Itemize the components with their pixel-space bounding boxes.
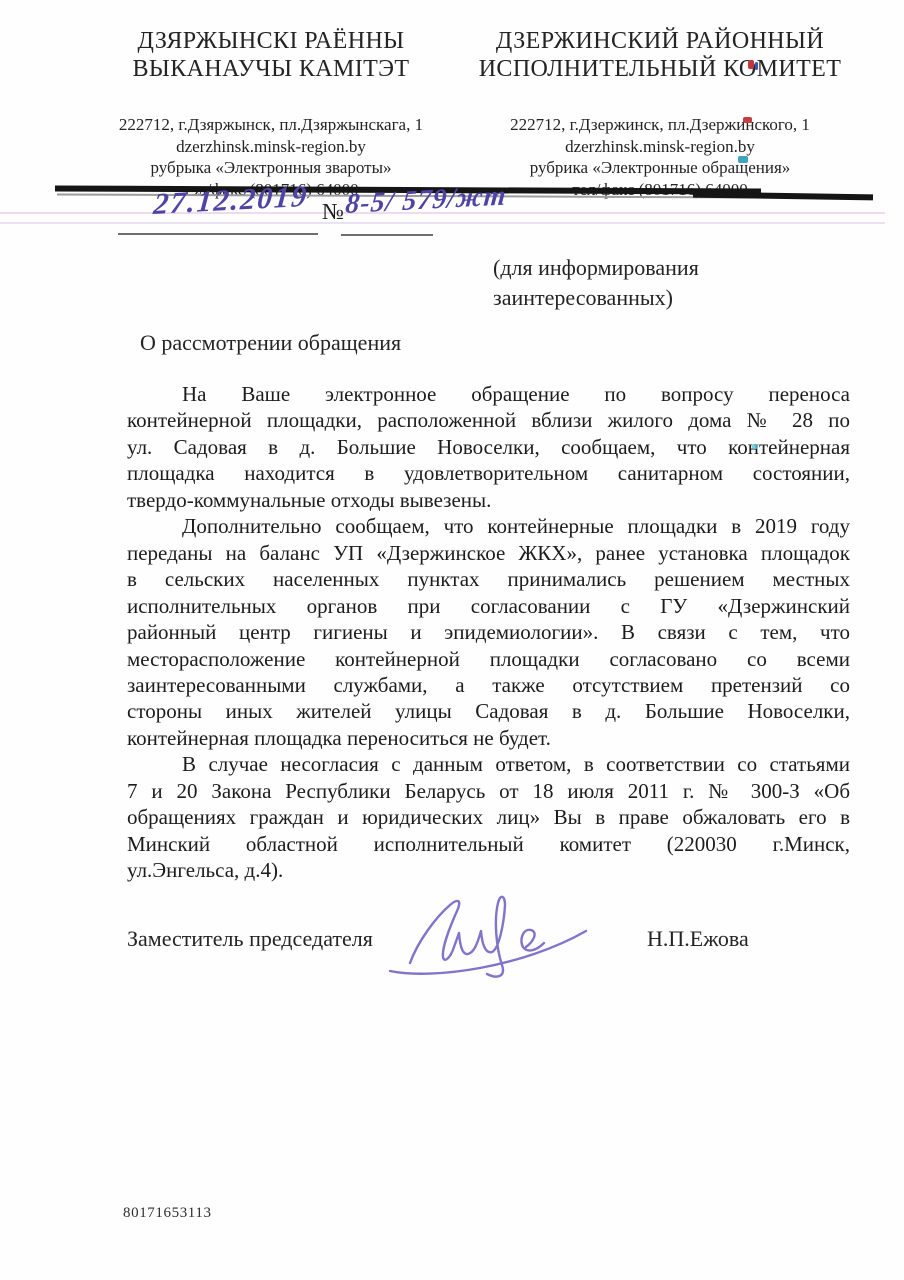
- address-line: 222712, г.Дзержинск, пл.Дзержинского, 1: [469, 114, 851, 136]
- org-title-line: ДЗЕРЖИНСКИЙ РАЙОННЫЙ: [469, 27, 851, 55]
- letter-body: На Ваше электронное обращение по вопросу…: [127, 381, 850, 884]
- body-line: ул. Садовая в д. Большие Новоселки, сооб…: [127, 434, 850, 460]
- body-line: районный центр гигиены и эпидемиологии».…: [127, 619, 850, 645]
- handwritten-date: 27.12.2019: [152, 180, 310, 222]
- body-paragraph: В случае несогласия с данным ответом, в …: [127, 751, 850, 883]
- signer-position: Заместитель председателя: [127, 926, 373, 952]
- scan-streak: [0, 222, 885, 224]
- addressee-line: (для информирования: [493, 253, 699, 283]
- scanned-letter-page: ДЗЯРЖЫНСКІ РАЁННЫ ВЫКАНАУЧЫ КАМІТЭТ 2227…: [0, 0, 904, 1280]
- body-line: В случае несогласия с данным ответом, в …: [127, 751, 850, 777]
- footer-code: 80171653113: [123, 1205, 212, 1222]
- org-title-belarusian: ДЗЯРЖЫНСКІ РАЁННЫ ВЫКАНАУЧЫ КАМІТЭТ: [80, 27, 462, 83]
- body-line: Дополнительно сообщаем, что контейнерные…: [127, 513, 850, 539]
- body-line: обращениях граждан и юридических лиц» Вы…: [127, 804, 850, 830]
- org-title-russian: ДЗЕРЖИНСКИЙ РАЙОННЫЙ ИСПОЛНИТЕЛЬНЫЙ КОМИ…: [469, 27, 851, 83]
- address-line: 222712, г.Дзяржынск, пл.Дзяржынскага, 1: [80, 114, 462, 136]
- body-line: На Ваше электронное обращение по вопросу…: [127, 381, 850, 407]
- address-line: рубрыка «Электронныя звароты»: [80, 157, 462, 179]
- body-line: контейнерной площадки, расположенной вбл…: [127, 407, 850, 433]
- address-line: dzerzhinsk.minsk-region.by: [80, 136, 462, 158]
- org-title-line: ВЫКАНАУЧЫ КАМІТЭТ: [80, 55, 462, 83]
- subject-line: О рассмотрении обращения: [140, 330, 401, 356]
- address-line: dzerzhinsk.minsk-region.by: [469, 136, 851, 158]
- body-line: площадка находится в удовлетворительном …: [127, 460, 850, 486]
- org-title-line: ИСПОЛНИТЕЛЬНЫЙ КОМИТЕТ: [469, 55, 851, 83]
- signer-name: Н.П.Ежова: [647, 926, 749, 952]
- body-line: 7 и 20 Закона Республики Беларусь от 18 …: [127, 778, 850, 804]
- body-line: переданы на баланс УП «Дзержинское ЖКХ»,…: [127, 540, 850, 566]
- number-sign: №: [322, 199, 344, 225]
- body-paragraph: Дополнительно сообщаем, что контейнерные…: [127, 513, 850, 751]
- address-line: рубрика «Электронные обращения»: [469, 157, 851, 179]
- body-line: твердо-коммунальные отходы вывезены.: [127, 487, 850, 513]
- date-underline: [118, 233, 318, 235]
- body-line: заинтересованными службами, а также отсу…: [127, 672, 850, 698]
- body-line: контейнерная площадка переноситься не бу…: [127, 725, 850, 751]
- number-underline: [341, 234, 433, 236]
- body-line: Минский областной исполнительный комитет…: [127, 831, 850, 857]
- body-line: исполнительных органов при согласовании …: [127, 593, 850, 619]
- addressee-note: (для информирования заинтересованных): [493, 253, 699, 313]
- body-line: стороны иных жителей улицы Садовая в д. …: [127, 698, 850, 724]
- body-line: в сельских населенных пунктах принималис…: [127, 566, 850, 592]
- body-line: месторасположение контейнерной площадки …: [127, 646, 850, 672]
- handwritten-signature: [378, 891, 603, 979]
- body-paragraph: На Ваше электронное обращение по вопросу…: [127, 381, 850, 513]
- addressee-line: заинтересованных): [493, 283, 699, 313]
- org-title-line: ДЗЯРЖЫНСКІ РАЁННЫ: [80, 27, 462, 55]
- body-line: ул.Энгельса, д.4).: [127, 857, 850, 883]
- letterhead-left: ДЗЯРЖЫНСКІ РАЁННЫ ВЫКАНАУЧЫ КАМІТЭТ 2227…: [80, 27, 462, 200]
- letterhead-right: ДЗЕРЖИНСКИЙ РАЙОННЫЙ ИСПОЛНИТЕЛЬНЫЙ КОМИ…: [469, 27, 851, 200]
